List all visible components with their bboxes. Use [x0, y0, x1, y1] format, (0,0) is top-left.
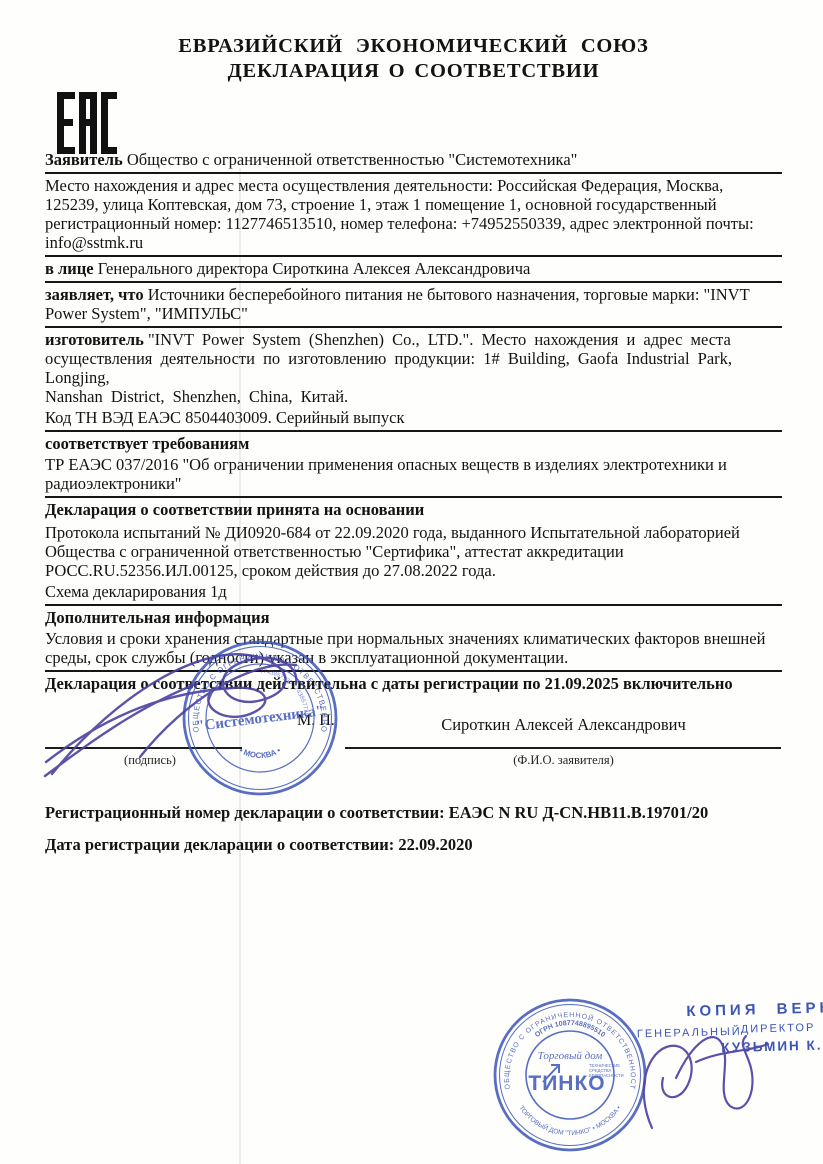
copy-valid-stamp: КОПИЯ ВЕРНА ГЕНЕРАЛЬНЫЙ ДИРЕКТОР КУЗЬМИН…: [628, 995, 823, 1000]
declares-label: заявляет, что: [45, 285, 144, 304]
name-caption: (Ф.И.О. заявителя): [345, 751, 782, 770]
svg-text:ТОРГОВЫЙ ДОМ "ТИНКО" • МОСКВА: ТОРГОВЫЙ ДОМ "ТИНКО" • МОСКВА •: [517, 1104, 623, 1137]
name-line: [345, 747, 781, 749]
union-title: ЕВРАЗИЙСКИЙ ЭКОНОМИЧЕСКИЙ СОЮЗ: [45, 34, 782, 59]
tinko-stamp: ОБЩЕСТВО С ОГРАНИЧЕННОЙ ОТВЕТСТВЕННОСТЬЮ…: [485, 990, 655, 1160]
declares-text: Источники бесперебойного питания не быто…: [45, 285, 750, 323]
tnved-row: Код ТН ВЭД ЕАЭС 8504403009. Серийный вып…: [45, 408, 782, 427]
applicant-value: Общество с ограниченной ответственностью…: [127, 150, 578, 169]
manufacturer-label: изготовитель: [45, 330, 144, 349]
stamp-city: • МОСКВА •: [238, 746, 283, 760]
director-name: КУЗЬМИН К.В.: [721, 1037, 823, 1055]
section-divider: [45, 430, 782, 432]
document-body: ЕВРАЗИЙСКИЙ ЭКОНОМИЧЕСКИЙ СОЮЗ ДЕКЛАРАЦИ…: [45, 0, 782, 854]
declares-paragraph: заявляет, что Источники бесперебойного п…: [45, 285, 782, 323]
signature-area: Сироткин Алексей Александрович (подпись)…: [45, 697, 782, 801]
regulation-paragraph: ТР ЕАЭС 037/2016 "Об ограничении примене…: [45, 455, 782, 493]
section-divider: [45, 496, 782, 498]
applicant-row: Заявитель Общество с ограниченной ответс…: [45, 150, 782, 169]
director-label: ДИРЕКТОР: [741, 1022, 816, 1036]
stamp-bottom-text: ТОРГОВЫЙ ДОМ "ТИНКО" • МОСКВА •: [517, 1104, 623, 1137]
section-divider: [45, 604, 782, 606]
basis-paragraph: Протокола испытаний № ДИ0920-684 от 22.0…: [45, 523, 782, 580]
reg-date-value: 22.09.2020: [398, 835, 472, 854]
declaration-document: ЕВРАЗИЙСКИЙ ЭКОНОМИЧЕСКИЙ СОЮЗ ДЕКЛАРАЦИ…: [0, 0, 823, 1164]
reg-number-value: ЕАЭС N RU Д-CN.НВ11.В.19701/20: [449, 803, 709, 822]
scheme-row: Схема декларирования 1д: [45, 582, 782, 601]
additional-text: Условия и сроки хранения стандартные при…: [45, 629, 765, 667]
additional-paragraph: Условия и сроки хранения стандартные при…: [45, 629, 782, 667]
in-person-value: Генерального директора Сироткина Алексея…: [98, 259, 531, 278]
conforms-heading: соответствует требованиям: [45, 434, 782, 453]
registration-number-row: Регистрационный номер декларации о соотв…: [45, 803, 782, 822]
validity-row: Декларация о соответствии действительна …: [45, 674, 782, 693]
section-divider: [45, 281, 782, 283]
general-label: ГЕНЕРАЛЬНЫЙ: [637, 1026, 742, 1041]
document-title: ДЕКЛАРАЦИЯ О СООТВЕТСТВИИ: [45, 59, 782, 84]
regulation-text: ТР ЕАЭС 037/2016 "Об ограничении примене…: [45, 455, 727, 493]
stamp-script-text: Торговый дом: [538, 1050, 603, 1062]
applicant-name: Сироткин Алексей Александрович: [345, 715, 782, 734]
in-person-label: в лице: [45, 259, 94, 278]
copy-valid-line: КОПИЯ ВЕРНА: [686, 999, 823, 1020]
manufacturer-text: "INVT Power System (Shenzhen) Co., LTD."…: [45, 330, 732, 406]
address-text: Место нахождения и адрес места осуществл…: [45, 176, 754, 252]
section-divider: [45, 326, 782, 328]
reg-date-label: Дата регистрации декларации о соответств…: [45, 835, 394, 854]
stamp-center-name: "Системотехника": [195, 703, 325, 735]
registration-date-row: Дата регистрации декларации о соответств…: [45, 835, 782, 854]
svg-text:• МОСКВА •: • МОСКВА •: [238, 746, 283, 760]
section-divider: [45, 670, 782, 672]
applicant-stamp: ОБЩЕСТВО С ОГРАНИЧЕННОЙ ОТВЕТСТВЕННОСТЬЮ…: [170, 628, 350, 808]
additional-heading: Дополнительная информация: [45, 608, 782, 627]
section-divider: [45, 172, 782, 174]
manufacturer-paragraph: изготовитель "INVT Power System (Shenzhe…: [45, 330, 782, 406]
stamp-small-3: БЕЗОПАСНОСТИ: [589, 1073, 624, 1078]
applicant-label: Заявитель: [45, 150, 123, 169]
in-person-row: в лице Генерального директора Сироткина …: [45, 259, 782, 278]
address-paragraph: Место нахождения и адрес места осуществл…: [45, 176, 782, 252]
section-divider: [45, 255, 782, 257]
basis-heading: Декларация о соответствии принята на осн…: [45, 500, 782, 519]
basis-text: Протокола испытаний № ДИ0920-684 от 22.0…: [45, 523, 740, 580]
